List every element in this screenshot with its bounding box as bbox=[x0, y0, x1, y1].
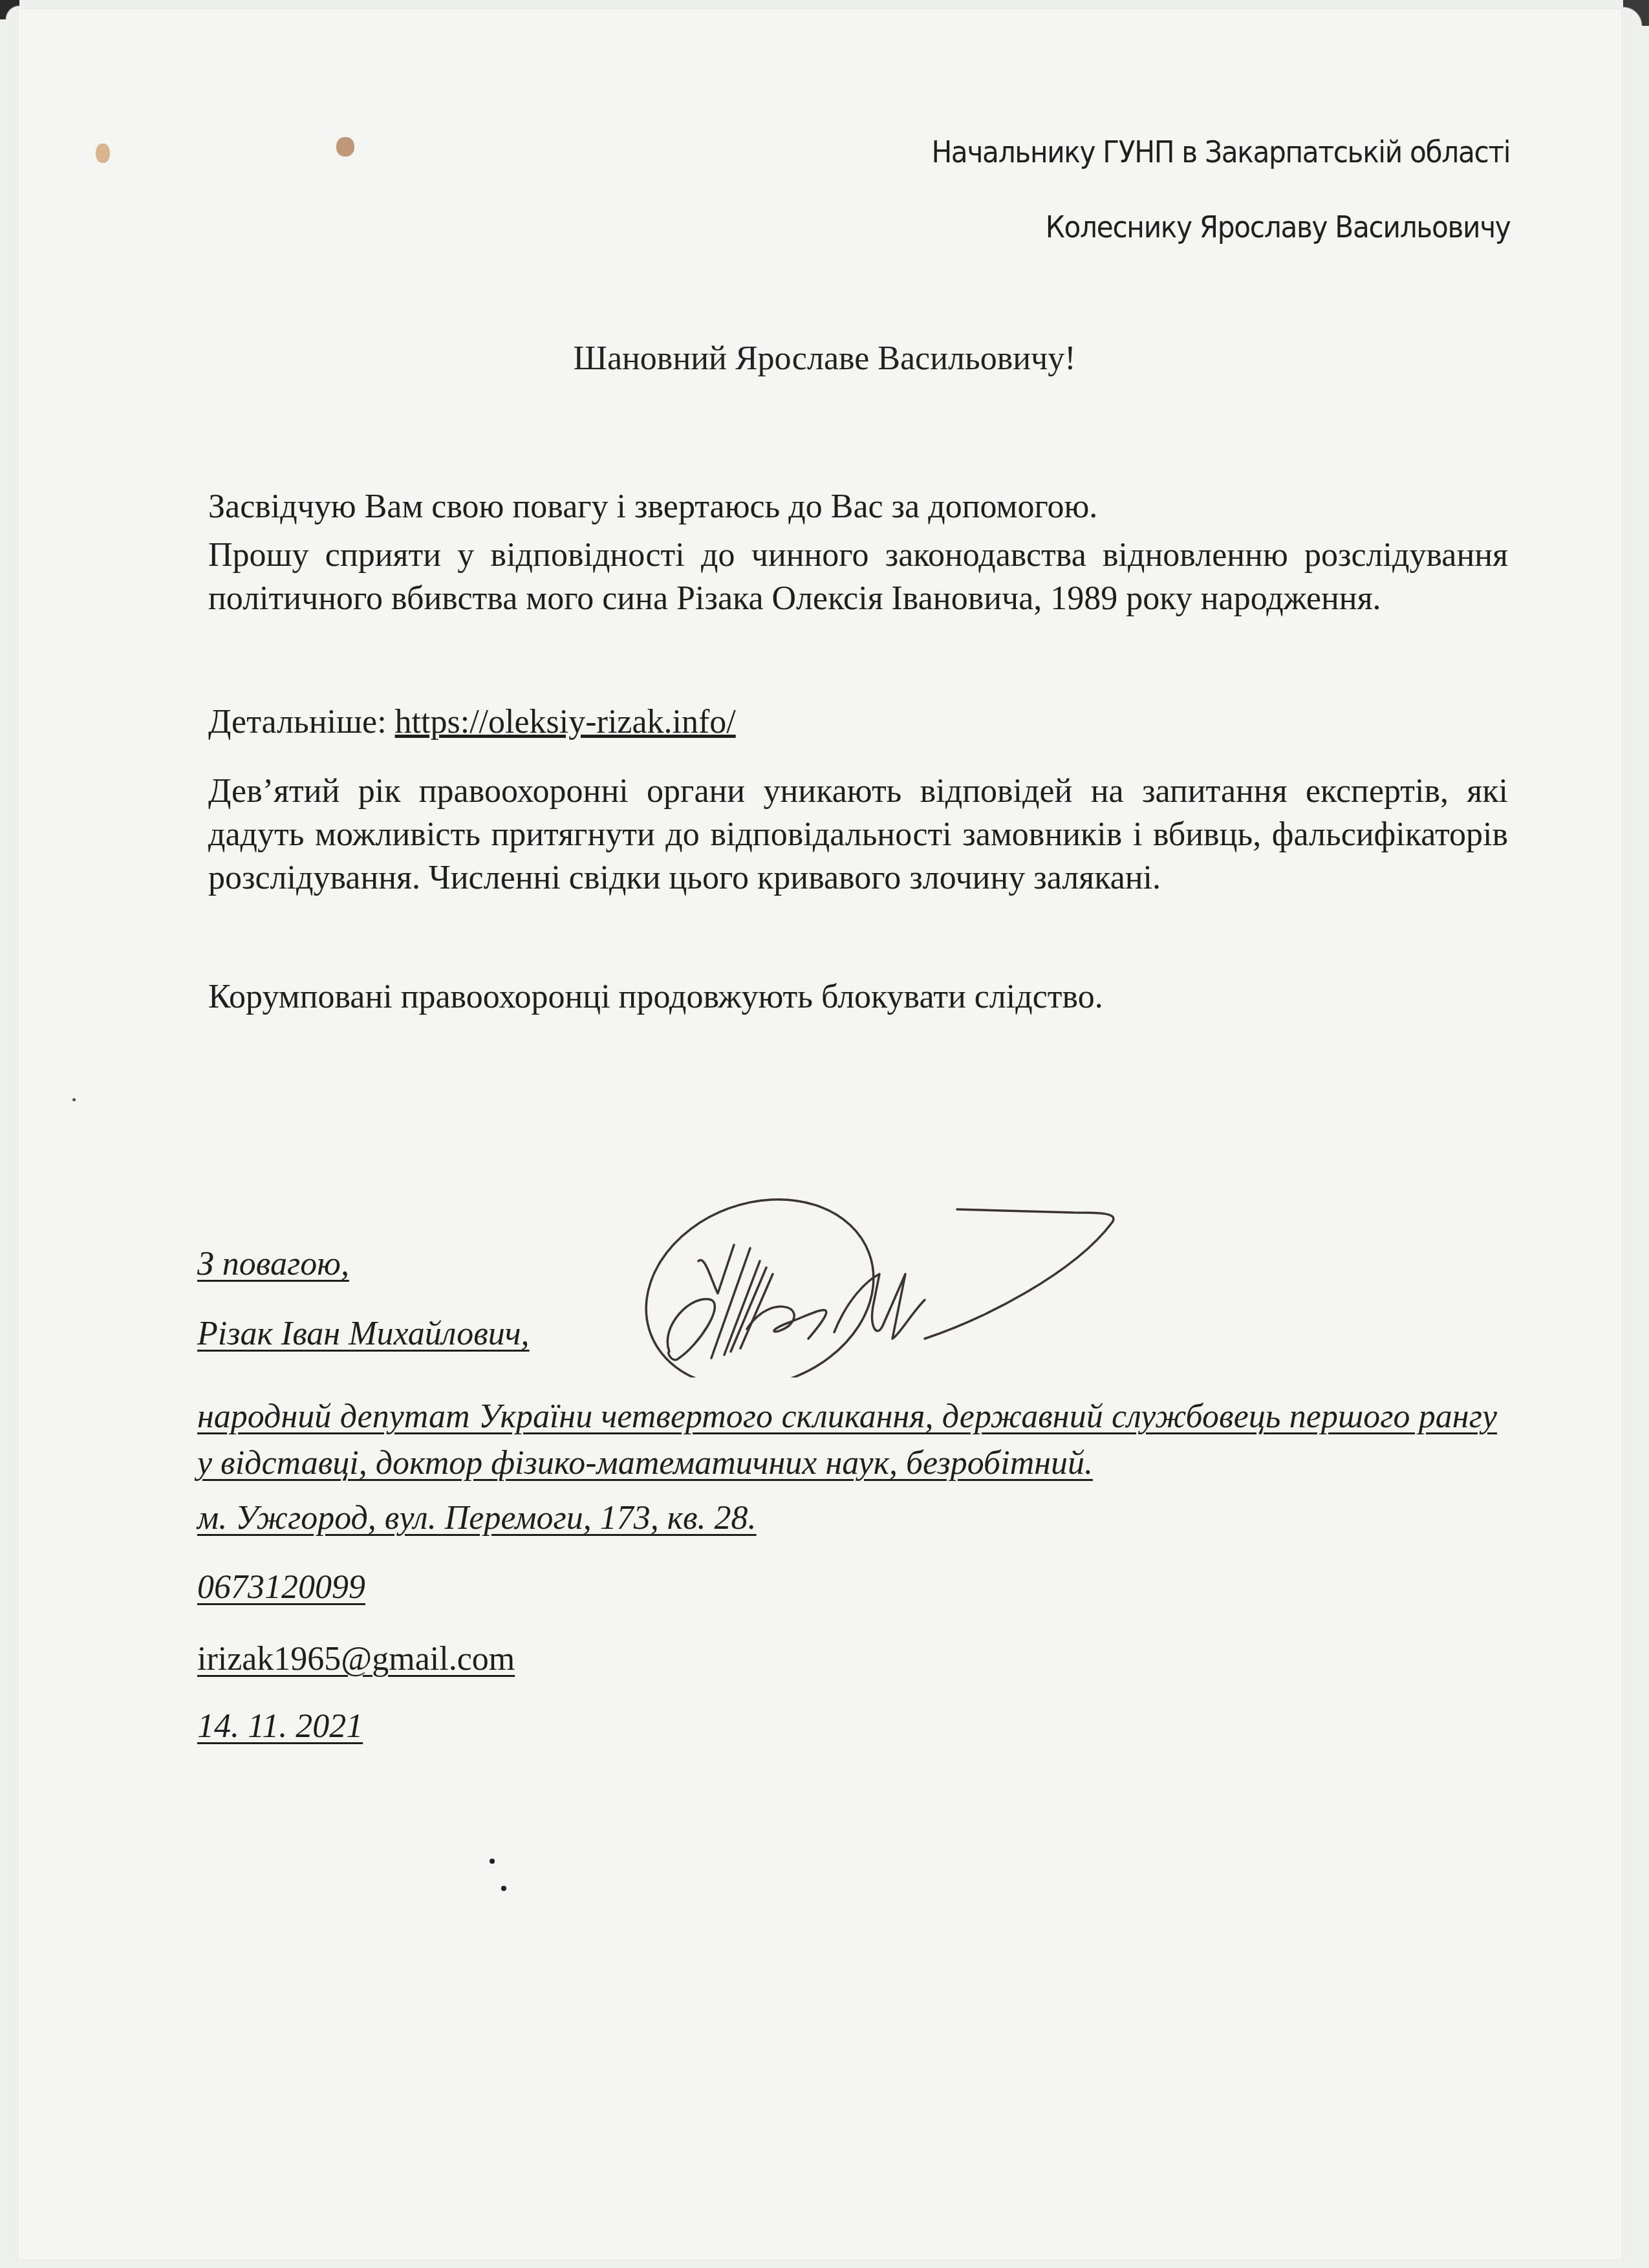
signatory-address: м. Ужгород, вул. Перемоги, 173, кв. 28. bbox=[197, 1499, 757, 1537]
paragraph-corruption: Корумповані правоохоронці продовжують бл… bbox=[208, 975, 1508, 1019]
salutation: Шановний Ярославе Васильовичу! bbox=[0, 340, 1649, 378]
ink-speck bbox=[490, 1859, 495, 1864]
scan-corner bbox=[0, 0, 19, 19]
addressee-name: Колеснику Ярославу Васильовичу bbox=[1045, 210, 1510, 245]
signatory-email[interactable]: irizak1965@gmail.com bbox=[197, 1640, 515, 1678]
scan-corner bbox=[1623, 0, 1649, 26]
details-line: Детальніше: https://oleksiy-rizak.info/ bbox=[208, 700, 1508, 744]
signatory-phone: 0673120099 bbox=[197, 1568, 365, 1606]
stain-mark bbox=[96, 144, 110, 163]
paragraph-request: Прошу сприяти у відповідності до чинного… bbox=[208, 534, 1508, 620]
addressee-position: Начальнику ГУНП в Закарпатській області bbox=[931, 135, 1510, 170]
paragraph-greeting: Засвідчую Вам свою повагу і звертаюсь до… bbox=[208, 485, 1508, 528]
signatory-name: Різак Іван Михайлович, bbox=[197, 1315, 530, 1353]
details-link[interactable]: https://oleksiy-rizak.info/ bbox=[395, 704, 736, 740]
paragraph-complaint: Дев’ятий рік правоохоронні органи уникаю… bbox=[208, 770, 1508, 900]
details-label: Детальніше: bbox=[208, 704, 395, 740]
ink-speck bbox=[501, 1886, 506, 1891]
signatory-title: народний депутат України четвертого скли… bbox=[197, 1394, 1497, 1487]
letter-date: 14. 11. 2021 bbox=[197, 1707, 363, 1745]
ink-speck bbox=[72, 1098, 76, 1101]
stain-mark bbox=[336, 137, 354, 157]
handwritten-signature-icon bbox=[621, 1196, 1190, 1377]
signature-closing: З повагою, bbox=[197, 1245, 349, 1283]
